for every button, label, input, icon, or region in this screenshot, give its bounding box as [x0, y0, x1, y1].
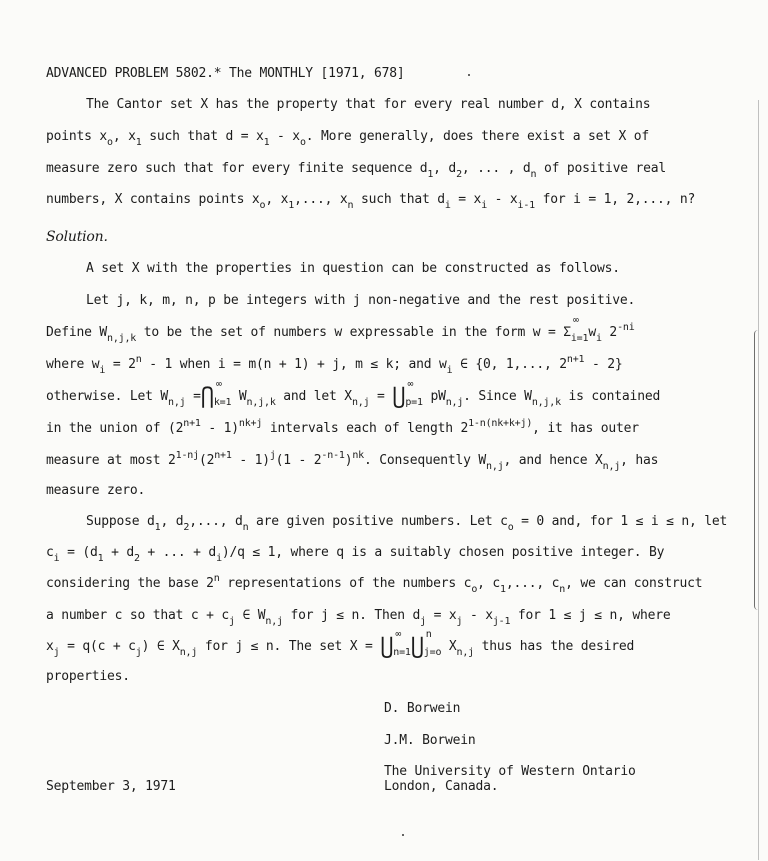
signature: J.M. Borwein	[384, 733, 476, 748]
solution-line: Let j, k, m, n, p be integers with j non…	[86, 293, 635, 308]
solution-line: properties.	[46, 669, 130, 684]
signature: D. Borwein	[384, 701, 460, 716]
solution-line: considering the base 2n representations …	[46, 576, 702, 591]
solution-line: A set X with the properties in question …	[86, 261, 620, 276]
solution-line: xj = q(c + cj) ∈ Xn,j for j ≤ n. The set…	[46, 639, 634, 654]
solution-line: Suppose d1, d2,..., dn are given positiv…	[86, 514, 727, 529]
problem-line: The Cantor set X has the property that f…	[86, 97, 650, 112]
solution-line: otherwise. Let Wn,j =⋂∞k=1 Wn,j,k and le…	[46, 389, 660, 404]
scan-speck	[402, 834, 404, 836]
scan-speck	[468, 74, 470, 76]
solution-line: Define Wn,j,k to be the set of numbers w…	[46, 325, 635, 340]
solution-line: where wi = 2n - 1 when i = m(n + 1) + j,…	[46, 357, 622, 372]
date: September 3, 1971	[46, 779, 176, 794]
solution-line: measure zero.	[46, 483, 145, 498]
problem-header: ADVANCED PROBLEM 5802.* The MONTHLY [197…	[46, 66, 404, 81]
solution-line: a number c so that c + cj ∈ Wn,j for j ≤…	[46, 608, 670, 623]
problem-line: measure zero such that for every finite …	[46, 161, 666, 176]
margin-mark	[754, 330, 761, 610]
affiliation: The University of Western Ontario	[384, 764, 636, 779]
affiliation: London, Canada.	[384, 779, 498, 794]
problem-line: points xo, x1 such that d = x1 - xo. Mor…	[46, 129, 649, 144]
solution-line: in the union of (2n+1 - 1)nk+j intervals…	[46, 421, 639, 436]
solution-line: measure at most 21-nj(2n+1 - 1)j(1 - 2-n…	[46, 453, 658, 468]
solution-line: ci = (d1 + d2 + ... + di)/q ≤ 1, where q…	[46, 545, 664, 560]
solution-heading: Solution.	[46, 229, 108, 245]
problem-line: numbers, X contains points xo, x1,..., x…	[46, 192, 695, 207]
